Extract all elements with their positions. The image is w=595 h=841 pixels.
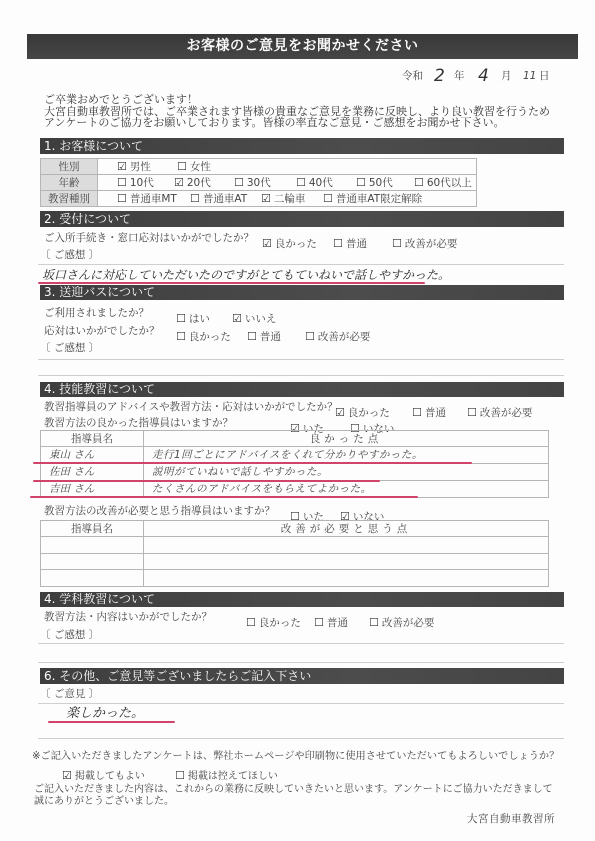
instructor-name[interactable]: 東山 さん xyxy=(41,447,144,464)
table-row: 吉田 さん たくさんのアドバイスをもらえてよかった。 xyxy=(41,481,549,498)
empty-box-icon: ☐ xyxy=(177,160,187,173)
improvement-point[interactable] xyxy=(144,537,549,554)
academic-comment-line-2[interactable] xyxy=(38,662,564,663)
checkbox-bus-needs-improvement[interactable]: ☐改善が必要 xyxy=(305,325,370,344)
checkbox-age-30s[interactable]: ☐30代 xyxy=(234,176,271,190)
improvement-point[interactable] xyxy=(144,570,549,587)
option-label: 改善が必要 xyxy=(405,238,458,250)
section-header-customer: 1. お客様について xyxy=(40,138,564,154)
option-label: 二輪車 xyxy=(274,193,306,205)
empty-box-icon: ☐ xyxy=(412,406,422,419)
checked-box-icon: ☑ xyxy=(232,312,242,325)
section-header-driving-lessons: 4. 技能教習について xyxy=(40,382,564,397)
academic-question: 教習方法・内容はいかがでしたか？ xyxy=(44,611,212,624)
date-day[interactable]: 11 xyxy=(523,70,536,83)
bus-comment-label: 〔 ご感想 〕 xyxy=(40,342,99,355)
option-label: 普通 xyxy=(425,407,446,419)
checkbox-age-60s-plus[interactable]: ☐60代以上 xyxy=(414,176,472,190)
table-row xyxy=(41,570,549,587)
checkbox-motorcycle[interactable]: ☑二輪車 xyxy=(261,192,305,206)
row-gender: 性別 ☑男性 ☐女性 xyxy=(41,159,477,175)
label-course-type: 教習種別 xyxy=(41,191,98,207)
empty-box-icon: ☐ xyxy=(356,176,366,189)
empty-box-icon: ☐ xyxy=(314,616,324,629)
option-label: 20代 xyxy=(187,177,211,189)
other-comment-label: 〔 ご意見 〕 xyxy=(40,688,99,701)
checkbox-advice-needs-improvement[interactable]: ☐改善が必要 xyxy=(467,401,532,420)
good-instructor-question: 教習方法の良かった指導員はいますか？ xyxy=(44,417,233,430)
checked-box-icon: ☑ xyxy=(62,769,72,782)
column-header-good-points: 良かった点 xyxy=(144,431,549,447)
column-header-instructor: 指導員名 xyxy=(41,521,144,537)
academic-comment-line-1[interactable] xyxy=(38,643,564,644)
improve-instructor-table: 指導員名 改善が必要と思う点 xyxy=(40,520,549,587)
empty-box-icon: ☐ xyxy=(247,330,257,343)
checkbox-at-restriction-removal[interactable]: ☐普通車AT限定解除 xyxy=(323,192,422,206)
option-label: 改善が必要 xyxy=(480,407,533,419)
checkbox-age-50s[interactable]: ☐50代 xyxy=(356,176,393,190)
school-signature: 大宮自動車教習所 xyxy=(467,813,555,826)
instructor-name[interactable] xyxy=(41,537,144,554)
checkbox-advice-average[interactable]: ☐普通 xyxy=(412,401,446,420)
section-header-academic-lessons: 4. 学科教習について xyxy=(40,592,564,607)
checkbox-bus-no[interactable]: ☑いいえ xyxy=(232,307,276,326)
option-label: 普通車MT xyxy=(130,193,177,205)
empty-box-icon: ☐ xyxy=(296,176,306,189)
option-label: 改善が必要 xyxy=(382,617,435,629)
good-instructor-table: 指導員名 良かった点 東山 さん 走行1回ごとにアドバイスをくれて分かりやすかっ… xyxy=(40,430,549,498)
instructor-name[interactable]: 吉田 さん xyxy=(41,481,144,498)
section-header-shuttle-bus: 3. 送迎バスについて xyxy=(40,285,564,300)
checkbox-reception-needs-improvement[interactable]: ☐改善が必要 xyxy=(392,232,457,251)
reception-comment[interactable]: 坂口さんに対応していただいたのですがとてもていねいで話しやすかった。 xyxy=(42,268,450,282)
consent-question: ※ご記入いただきましたアンケートは、弊社ホームページや印刷物に使用させていただい… xyxy=(32,751,559,763)
closing-line-1: ご記入いただきました内容は、これからの業務に反映していきたいと思います。アンケー… xyxy=(34,784,553,796)
checkbox-standard-mt[interactable]: ☐普通車MT xyxy=(117,192,177,206)
table-row xyxy=(41,554,549,570)
empty-box-icon: ☐ xyxy=(117,192,127,205)
instructor-name[interactable] xyxy=(41,570,144,587)
checkbox-bus-yes[interactable]: ☐はい xyxy=(176,307,210,326)
empty-box-icon: ☐ xyxy=(323,192,333,205)
date-era: 令和 xyxy=(402,70,423,83)
checked-box-icon: ☑ xyxy=(335,406,345,419)
red-underline xyxy=(30,496,418,498)
empty-box-icon: ☐ xyxy=(117,176,127,189)
empty-box-icon: ☐ xyxy=(414,176,424,189)
date-day-unit: 日 xyxy=(539,70,550,83)
option-label: 30代 xyxy=(247,177,271,189)
instructor-name[interactable]: 佐田 さん xyxy=(41,464,144,481)
option-label: 40代 xyxy=(309,177,333,189)
checkbox-bus-average[interactable]: ☐普通 xyxy=(247,325,281,344)
bus-comment-line-1[interactable] xyxy=(38,359,564,360)
table-row: 東山 さん 走行1回ごとにアドバイスをくれて分かりやすかった。 xyxy=(41,447,549,464)
closing-line-2: 誠にありがとうございました。 xyxy=(34,796,174,808)
red-underline xyxy=(48,721,175,723)
improve-instructor-question: 教習方法の改善が必要と思う指導員はいますか？ xyxy=(44,505,275,518)
checkbox-academic-needs-improvement[interactable]: ☐改善が必要 xyxy=(369,611,434,630)
empty-box-icon: ☐ xyxy=(190,192,200,205)
empty-box-icon: ☐ xyxy=(467,406,477,419)
survey-form: お客様のご意見をお聞かせください 令和 2 年 4 月 11 日 ご卒業おめでと… xyxy=(0,0,595,841)
option-label: 普通車AT限定解除 xyxy=(336,193,422,205)
section-header-other-comments: 6. その他、ご意見等ございましたらご記入下さい xyxy=(40,668,564,684)
customer-info-table: 性別 ☑男性 ☐女性 年齢 ☐10代 ☑20代 ☐30代 ☐40代 ☐50代 ☐… xyxy=(40,158,477,207)
column-header-improvement-points: 改善が必要と思う点 xyxy=(144,521,549,537)
option-label: 普通 xyxy=(260,331,281,343)
good-point[interactable]: 説明がていねいで話しやすかった。 xyxy=(144,464,549,481)
row-course-type: 教習種別 ☐普通車MT ☐普通車AT ☑二輪車 ☐普通車AT限定解除 xyxy=(41,191,477,207)
row-age: 年齢 ☐10代 ☑20代 ☐30代 ☐40代 ☐50代 ☐60代以上 xyxy=(41,175,477,191)
empty-box-icon: ☐ xyxy=(175,769,185,782)
checkbox-age-10s[interactable]: ☐10代 xyxy=(117,176,154,190)
option-label: 10代 xyxy=(130,177,154,189)
option-label: 普通 xyxy=(346,238,367,250)
empty-box-icon: ☐ xyxy=(333,237,343,250)
instructor-advice-question: 教習指導員のアドバイスや教習方法・応対はいかがでしたか？ xyxy=(44,401,338,414)
checkbox-age-20s[interactable]: ☑20代 xyxy=(174,176,211,190)
label-gender: 性別 xyxy=(41,159,98,175)
label-age: 年齢 xyxy=(41,175,98,191)
empty-box-icon: ☐ xyxy=(392,237,402,250)
option-label: 60代以上 xyxy=(427,177,472,189)
checkbox-standard-at[interactable]: ☐普通車AT xyxy=(190,192,247,206)
instructor-name[interactable] xyxy=(41,554,144,570)
option-label: 女性 xyxy=(190,161,211,173)
option-label: 普通車AT xyxy=(203,193,247,205)
checkbox-male[interactable]: ☑男性 xyxy=(117,160,151,174)
date-year-unit: 年 xyxy=(454,70,465,83)
checkbox-bus-good[interactable]: ☐良かった xyxy=(176,325,231,344)
bus-service-question: 応対はいかがでしたか？ xyxy=(44,325,160,338)
checkbox-female[interactable]: ☐女性 xyxy=(177,160,211,174)
red-underline xyxy=(33,480,380,482)
checkbox-consent-decline[interactable]: ☐掲載は控えてほしい xyxy=(175,764,278,783)
date-month-unit: 月 xyxy=(501,70,512,83)
checkbox-academic-good[interactable]: ☐良かった xyxy=(246,611,301,630)
red-underline xyxy=(33,462,472,464)
option-label: 男性 xyxy=(130,161,151,173)
option-label: 良かった xyxy=(259,617,301,629)
option-label: 良かった xyxy=(275,238,317,250)
empty-box-icon: ☐ xyxy=(305,330,315,343)
academic-comment-label: 〔 ご感想 〕 xyxy=(40,629,99,642)
bus-comment-line-2[interactable] xyxy=(38,375,564,376)
checked-box-icon: ☑ xyxy=(117,160,127,173)
checkbox-reception-average[interactable]: ☐普通 xyxy=(333,232,367,251)
checked-box-icon: ☑ xyxy=(174,176,184,189)
option-label: 改善が必要 xyxy=(318,331,371,343)
empty-box-icon: ☐ xyxy=(369,616,379,629)
checkbox-reception-good[interactable]: ☑良かった xyxy=(262,232,317,251)
intro-line-3: アンケートのご協力をお願いしております。皆様の率直なご意見・ご感想をお聞かせ下さ… xyxy=(44,117,504,129)
good-point[interactable]: 走行1回ごとにアドバイスをくれて分かりやすかった。 xyxy=(144,447,549,464)
checkbox-age-40s[interactable]: ☐40代 xyxy=(296,176,333,190)
other-comment-line-2[interactable] xyxy=(38,738,564,739)
divider xyxy=(38,703,564,704)
option-label: 良かった xyxy=(189,331,231,343)
table-header-row: 指導員名 改善が必要と思う点 xyxy=(41,521,549,537)
checkbox-academic-average[interactable]: ☐普通 xyxy=(314,611,348,630)
divider xyxy=(38,264,564,265)
table-row xyxy=(41,537,549,554)
form-title: お客様のご意見をお聞かせください xyxy=(27,34,578,59)
option-label: 50代 xyxy=(369,177,393,189)
empty-box-icon: ☐ xyxy=(176,312,186,325)
checked-box-icon: ☑ xyxy=(262,237,272,250)
checked-box-icon: ☑ xyxy=(261,192,271,205)
improvement-point[interactable] xyxy=(144,554,549,570)
option-label: 掲載してもよい xyxy=(75,771,145,782)
option-label: いいえ xyxy=(245,313,277,325)
reception-question: ご入所手続き・窓口応対はいかがでしたか？ xyxy=(44,232,254,245)
option-label: はい xyxy=(189,313,210,325)
other-comment[interactable]: 楽しかった。 xyxy=(66,707,144,721)
table-row: 佐田 さん 説明がていねいで話しやすかった。 xyxy=(41,464,549,481)
empty-box-icon: ☐ xyxy=(246,616,256,629)
red-underline xyxy=(38,282,425,284)
empty-box-icon: ☐ xyxy=(176,330,186,343)
empty-box-icon: ☐ xyxy=(234,176,244,189)
table-header-row: 指導員名 良かった点 xyxy=(41,431,549,447)
column-header-instructor: 指導員名 xyxy=(41,431,144,447)
date-year[interactable]: 2 xyxy=(434,66,445,86)
date-month[interactable]: 4 xyxy=(478,66,489,86)
section-header-reception: 2. 受付について xyxy=(40,211,564,227)
option-label: 掲載は控えてほしい xyxy=(188,771,278,782)
bus-used-question: ご利用されましたか？ xyxy=(44,307,149,320)
checkbox-consent-allow[interactable]: ☑掲載してもよい xyxy=(62,764,145,783)
good-point[interactable]: たくさんのアドバイスをもらえてよかった。 xyxy=(144,481,549,498)
option-label: 普通 xyxy=(327,617,348,629)
reception-comment-label: 〔 ご感想 〕 xyxy=(40,249,99,262)
